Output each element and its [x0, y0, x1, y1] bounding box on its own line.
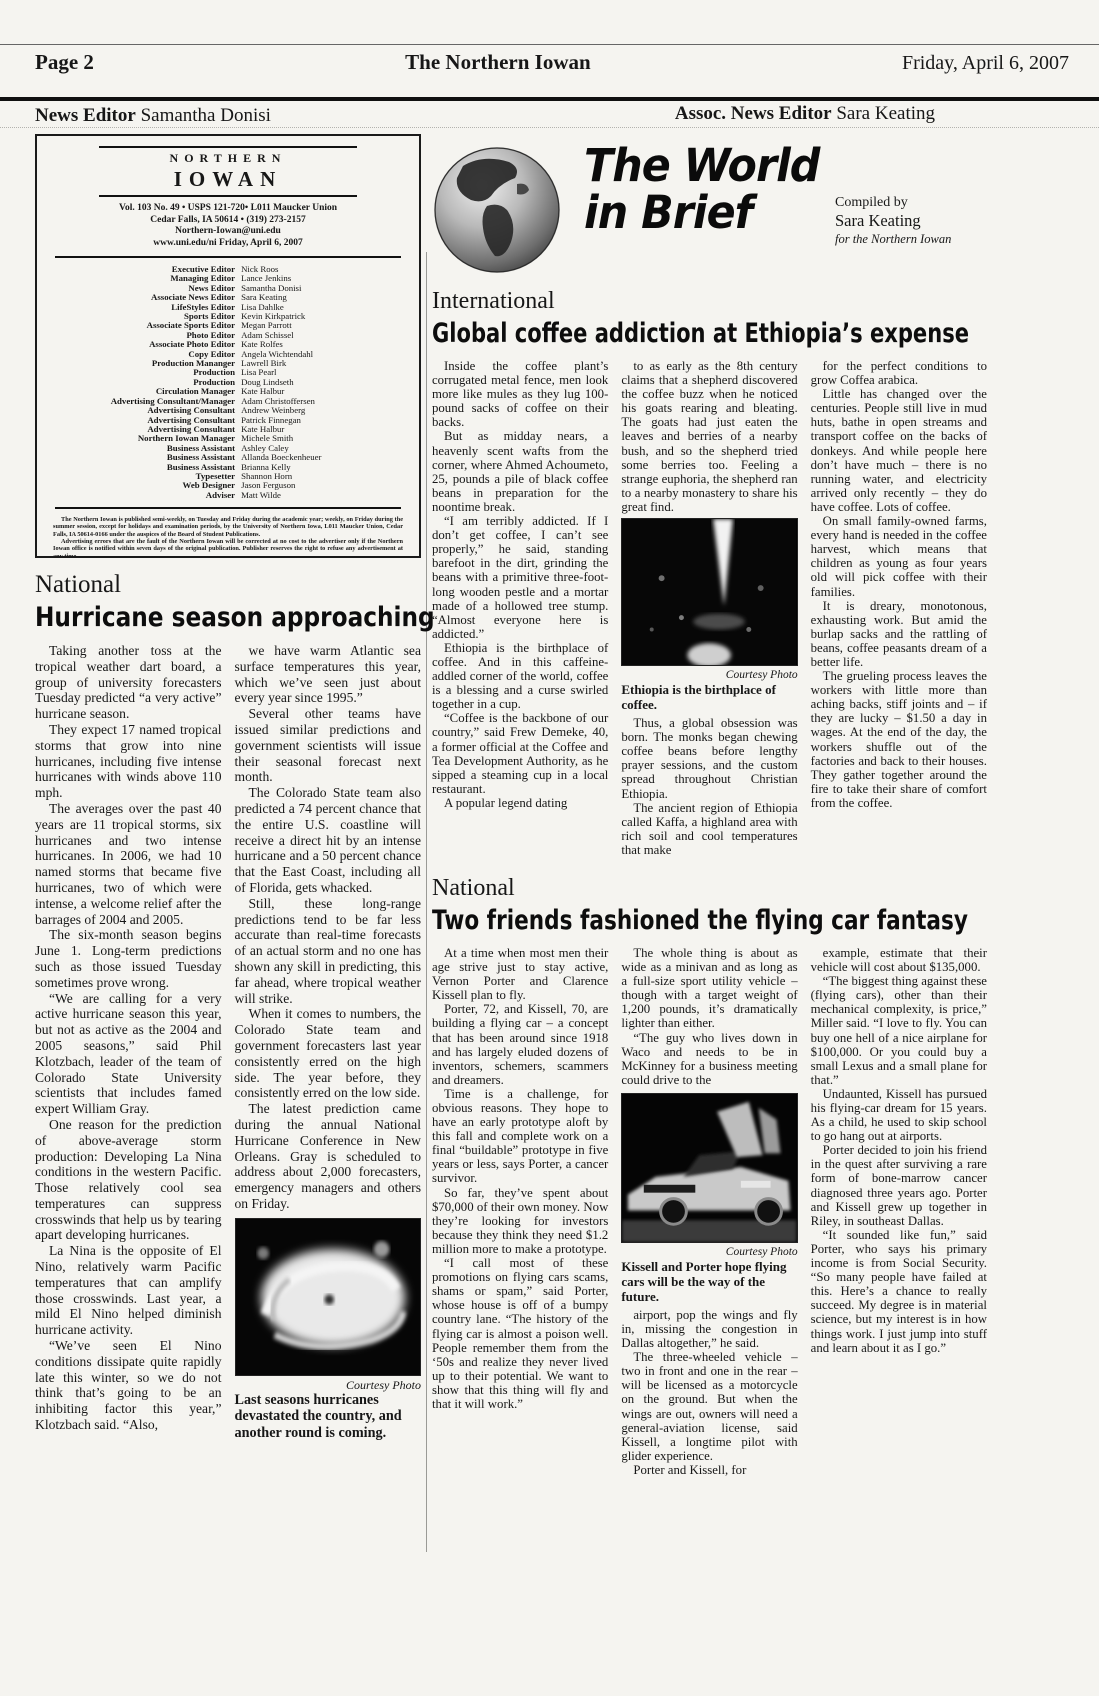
- article-coffee: International Global coffee addiction at…: [432, 286, 987, 857]
- flying-car-photo-credit: Courtesy Photo: [621, 1245, 797, 1259]
- paragraph: The ancient region of Ethiopia called Ka…: [621, 801, 797, 857]
- flying-car-columns: At a time when most men their age strive…: [432, 946, 987, 1477]
- paragraph: Porter decided to join his friend in the…: [811, 1143, 987, 1228]
- top-rule: [0, 44, 1099, 45]
- paragraph: On small family-owned farms, every hand …: [811, 514, 987, 599]
- paragraph: The six-month season begins June 1. Long…: [35, 927, 222, 990]
- paragraph: Still, these long-range predictions tend…: [235, 896, 422, 1007]
- paragraph: example, estimate that their vehicle wil…: [811, 946, 987, 974]
- issue-date: Friday, April 6, 2007: [902, 52, 1069, 75]
- coffee-photo: [621, 518, 797, 666]
- brand-iowan: Iowan: [99, 167, 357, 192]
- masthead-fine-print: The Northern Iowan is published semi-wee…: [49, 516, 407, 558]
- kicker-national-2: National: [432, 873, 987, 903]
- paragraph: Undaunted, Kissell has pursued his flyin…: [811, 1087, 987, 1143]
- coffee-col-1: Inside the coffee plant’s corrugated met…: [432, 359, 608, 857]
- column-divider: [426, 252, 427, 1552]
- paragraph: One reason for the prediction of above-a…: [35, 1117, 222, 1243]
- compiled-for-line: for the Northern Iowan: [835, 230, 987, 248]
- hurricane-col-1: Taking another toss at the tropical weat…: [35, 643, 222, 1441]
- paragraph: Porter, 72, and Kissell, 70, are buildin…: [432, 1002, 608, 1087]
- compiler-name: Sara Keating: [835, 212, 987, 230]
- hurricane-photo-credit: Courtesy Photo: [235, 1378, 422, 1392]
- coffee-photo-credit: Courtesy Photo: [621, 668, 797, 682]
- world-in-brief-header: The World in Brief Compiled by Sara Keat…: [432, 142, 987, 274]
- newspaper-page: Page 2 The Northern Iowan Friday, April …: [0, 0, 1099, 1696]
- paragraph: Little has changed over the centuries. P…: [811, 387, 987, 514]
- paragraph: “I am terribly addicted. If I don’t get …: [432, 514, 608, 641]
- staff-role: Adviser: [51, 491, 235, 500]
- masthead-info: Vol. 103 No. 49 • USPS 121-720• L011 Mau…: [49, 203, 407, 249]
- hurricane-col-2: we have warm Atlantic sea surface temper…: [235, 643, 422, 1441]
- hurricane-columns: Taking another toss at the tropical weat…: [35, 643, 421, 1441]
- kicker-national: National: [35, 570, 421, 600]
- article-hurricane: National Hurricane season approaching Ta…: [35, 570, 421, 1441]
- paragraph: Taking another toss at the tropical weat…: [35, 643, 222, 722]
- paragraph: La Nina is the opposite of El Nino, rela…: [35, 1243, 222, 1338]
- paragraph: The Northern Iowan is published semi-wee…: [53, 516, 403, 538]
- flying-car-col-2-top: The whole thing is about as wide as a mi…: [621, 946, 797, 1087]
- paragraph: Porter and Kissell, for: [621, 1463, 797, 1477]
- assoc-news-editor-name: Sara Keating: [836, 103, 935, 124]
- paragraph: “I call most of these promotions on flyi…: [432, 1256, 608, 1411]
- flying-car-col-1: At a time when most men their age strive…: [432, 946, 608, 1477]
- brief-title-line1: The World: [584, 142, 967, 189]
- brand-rule-bottom: [99, 195, 357, 197]
- masthead-info-line: Northern-Iowan@uni.edu: [49, 226, 407, 238]
- hurricane-photo-caption: Last seasons hurricanes devastated the c…: [235, 1392, 422, 1442]
- right-region: Assoc. News Editor Sara Keating: [432, 102, 987, 1477]
- paragraph: The Colorado State team also predicted a…: [235, 785, 422, 896]
- left-region: News Editor Samantha Donisi Northern Iow…: [35, 104, 421, 1441]
- flying-car-col-3: example, estimate that their vehicle wil…: [811, 946, 987, 1477]
- hurricane-col-2-text: we have warm Atlantic sea surface temper…: [235, 643, 422, 1212]
- coffee-photo-caption: Ethiopia is the birthplace of coffee.: [621, 682, 797, 712]
- flying-car-col-2: The whole thing is about as wide as a mi…: [621, 946, 797, 1477]
- news-editor-name: Samantha Donisi: [141, 105, 271, 126]
- masthead-divider: [55, 507, 401, 509]
- assoc-news-editor-role: Assoc. News Editor: [675, 103, 832, 124]
- kicker-international: International: [432, 286, 987, 316]
- masthead-info-line: Vol. 103 No. 49 • USPS 121-720• L011 Mau…: [49, 203, 407, 215]
- paragraph: The three-wheeled vehicle – two in front…: [621, 1350, 797, 1463]
- paragraph: Time is a challenge, for obvious reasons…: [432, 1087, 608, 1186]
- paragraph: Advertising errors that are the fault of…: [53, 538, 403, 558]
- paragraph: we have warm Atlantic sea surface temper…: [235, 643, 422, 706]
- paragraph: airport, pop the wings and fly in, missi…: [621, 1308, 797, 1350]
- staff-row: AdviserMatt Wilde: [51, 491, 405, 500]
- news-editor-role: News Editor: [35, 105, 136, 126]
- coffee-col-2-top: to as early as the 8th century claims th…: [621, 359, 797, 514]
- paragraph: “We’ve seen El Nino conditions dissipate…: [35, 1338, 222, 1433]
- masthead-box: Northern Iowan Vol. 103 No. 49 • USPS 12…: [35, 134, 421, 558]
- masthead-info-line: www.uni.edu/ni Friday, April 6, 2007: [49, 238, 407, 250]
- flying-car-col-2-bottom: airport, pop the wings and fly in, missi…: [621, 1308, 797, 1477]
- paragraph: “Coffee is the backbone of our country,”…: [432, 711, 608, 796]
- paragraph: to as early as the 8th century claims th…: [621, 359, 797, 514]
- paragraph: The averages over the past 40 years are …: [35, 801, 222, 927]
- coffee-col-3: for the perfect conditions to grow Coffe…: [811, 359, 987, 857]
- coffee-columns: Inside the coffee plant’s corrugated met…: [432, 359, 987, 857]
- paragraph: At a time when most men their age strive…: [432, 946, 608, 1002]
- staff-name: Matt Wilde: [241, 491, 405, 500]
- globe-icon: [424, 144, 576, 276]
- paragraph: They expect 17 named tropical storms tha…: [35, 722, 222, 801]
- coffee-headline: Global coffee addiction at Ethiopia’s ex…: [432, 318, 865, 349]
- staff-list: Executive EditorNick RoosManaging Editor…: [49, 265, 407, 500]
- paragraph: Thus, a global obsession was born. The m…: [621, 716, 797, 801]
- article-flying-car: National Two friends fashioned the flyin…: [432, 873, 987, 1477]
- paragraph: The latest prediction came during the an…: [235, 1101, 422, 1212]
- paragraph: “The biggest thing against these (flying…: [811, 974, 987, 1087]
- paragraph: “We are calling for a very active hurric…: [35, 991, 222, 1117]
- hurricane-photo: [235, 1218, 422, 1376]
- masthead-divider: [55, 256, 401, 258]
- paragraph: Inside the coffee plant’s corrugated met…: [432, 359, 608, 429]
- paragraph: “The guy who lives down in Waco and need…: [621, 1031, 797, 1087]
- paragraph: But as midday nears, a heavenly scent wa…: [432, 429, 608, 514]
- masthead-brand: Northern Iowan: [99, 146, 357, 197]
- paragraph: So far, they’ve spent about $70,000 of t…: [432, 1186, 608, 1256]
- hurricane-headline: Hurricane season approaching: [35, 602, 367, 633]
- page-number: Page 2: [35, 50, 94, 75]
- paragraph: for the perfect conditions to grow Coffe…: [811, 359, 987, 387]
- flying-car-photo: [621, 1093, 797, 1243]
- paper-name: The Northern Iowan: [405, 50, 591, 75]
- compiled-by-label: Compiled by: [835, 194, 987, 212]
- compiled-by-block: Compiled by Sara Keating for the Norther…: [835, 194, 987, 248]
- brand-rule-top: [99, 146, 357, 148]
- paragraph: When it comes to numbers, the Colorado S…: [235, 1006, 422, 1101]
- paragraph: “It sounded like fun,” said Porter, who …: [811, 1228, 987, 1355]
- header-rule: [0, 97, 1099, 101]
- masthead-info-line: Cedar Falls, IA 50614 • (319) 273-2157: [49, 215, 407, 227]
- flying-car-headline: Two friends fashioned the flying car fan…: [432, 905, 876, 936]
- coffee-col-2: to as early as the 8th century claims th…: [621, 359, 797, 857]
- paragraph: Ethiopia is the birthplace of coffee. An…: [432, 641, 608, 711]
- coffee-col-2-bottom: Thus, a global obsession was born. The m…: [621, 716, 797, 857]
- assoc-news-editor-line: Assoc. News Editor Sara Keating: [432, 102, 987, 126]
- paragraph: Several other teams have issued similar …: [235, 706, 422, 785]
- paragraph: The whole thing is about as wide as a mi…: [621, 946, 797, 1031]
- brand-northern: Northern: [99, 151, 357, 166]
- paragraph: A popular legend dating: [432, 796, 608, 810]
- paragraph: It is dreary, monotonous, exhausting wor…: [811, 599, 987, 669]
- flying-car-photo-caption: Kissell and Porter hope flying cars will…: [621, 1259, 797, 1304]
- paragraph: The grueling process leaves the workers …: [811, 669, 987, 810]
- news-editor-line: News Editor Samantha Donisi: [35, 104, 421, 128]
- page-header: Page 2 The Northern Iowan Friday, April …: [35, 50, 1069, 75]
